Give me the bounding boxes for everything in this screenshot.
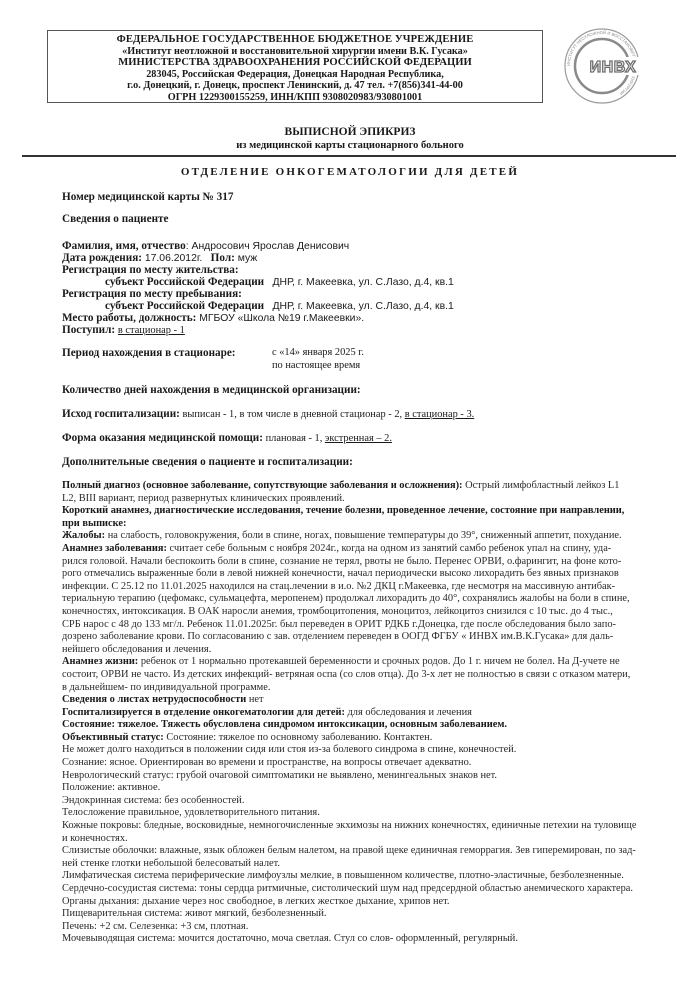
care-form-selected: экстренная – 2. [325, 433, 392, 444]
hospitalized-value: для обследования и лечения [345, 707, 472, 718]
dob-value: 17.06.2012г. [142, 253, 202, 264]
life-history-line: состоит, ОРВИ не часто. Из детских инфек… [62, 669, 692, 682]
exam-line: Кожные покровы: бледные, восковидные, не… [62, 820, 692, 833]
exam-line: Печень: +2 см. Селезенка: +3 см, плотная… [62, 921, 692, 934]
disease-history-line: рого отмечались выраженные боли в левой … [62, 568, 692, 581]
additional-info-title: Дополнительные сведения о пациенте и гос… [62, 456, 353, 468]
hospitalized-label: Госпитализируется в отделение онкогемато… [62, 707, 345, 718]
patient-dob-row: Дата рождения: 17.06.2012г. Пол: муж [62, 252, 257, 264]
period-label: Период нахождения в стационаре: [62, 347, 236, 359]
ministry-name: МИНИСТЕРСТВА ЗДРАВООХРАНЕНИЯ РОССИЙСКОЙ … [48, 57, 542, 69]
discharge-summary-page: ФЕДЕРАЛЬНОЕ ГОСУДАРСТВЕННОЕ БЮДЖЕТНОЕ УЧ… [0, 0, 700, 990]
exam-line: Сознание: ясное. Ориентирован во времени… [62, 757, 692, 770]
care-form-label: Форма оказания медицинской помощи: [62, 432, 263, 444]
sex-label: Пол: [211, 252, 235, 264]
reg-residence-label: Регистрация по месту жительства: [62, 264, 239, 276]
admitted-row: Поступил: в стационар - 1 [62, 324, 185, 336]
diagnosis-value-cont: L2, BIII вариант, период развернутых кли… [62, 493, 692, 506]
logo-text: ИНВХ [590, 59, 637, 76]
medical-card-number: Номер медицинской карты № 317 [62, 191, 233, 203]
outcome-selected: в стационар - 3. [405, 409, 475, 420]
exam-line: ней стенке глотки небольшой белесоватый … [62, 858, 692, 871]
department-title: ОТДЕЛЕНИЕ ОНКОГЕМАТОЛОГИИ ДЛЯ ДЕТЕЙ [0, 166, 700, 178]
admitted-value: в стационар - 1 [118, 325, 185, 336]
sex-value: муж [235, 253, 257, 264]
clinical-section: Полный диагноз (основное заболевание, со… [62, 480, 692, 946]
diagnosis-value: Острый лимфобластный лейкоз L1 [463, 480, 620, 491]
institution-type: ФЕДЕРАЛЬНОЕ ГОСУДАРСТВЕННОЕ БЮДЖЕТНОЕ УЧ… [48, 34, 542, 46]
dob-label: Дата рождения: [62, 252, 142, 264]
sick-leave-value: нет [246, 694, 263, 705]
complaints-value: на слабость, головокружения, боли в спин… [105, 530, 622, 541]
work-row: Место работы, должность: МГБОУ «Школа №1… [62, 312, 364, 324]
period-from: с «14» января 2025 г. [272, 347, 364, 358]
disease-history-line: териальную терапию (цефомакс, сульмацефт… [62, 593, 692, 606]
disease-history-line: рился головой. Начали беспокоить боли в … [62, 556, 692, 569]
disease-history-label: Анамнез заболевания: [62, 543, 167, 554]
disease-history-line: конечностях, интоксикация. В ОАК наросли… [62, 606, 692, 619]
patient-name-label: Фамилия, имя, отчество [62, 240, 186, 252]
reg-stay-subject-label: субъект Российской Федерации [105, 300, 264, 312]
care-form-value: плановая - 1, [263, 433, 325, 444]
institution-header: ФЕДЕРАЛЬНОЕ ГОСУДАРСТВЕННОЕ БЮДЖЕТНОЕ УЧ… [47, 30, 543, 103]
diagnosis-label: Полный диагноз (основное заболевание, со… [62, 480, 463, 491]
exam-line: Телосложение правильное, удовлетворитель… [62, 807, 692, 820]
work-label: Место работы, должность: [62, 312, 196, 324]
disease-history-line: считает себе больным с ноября 2024г., ко… [167, 543, 611, 554]
objective-status-value: Состояние: тяжелое по основному заболева… [164, 732, 433, 743]
care-form-row: Форма оказания медицинской помощи: плано… [62, 432, 392, 444]
institution-name: «Институт неотложной и восстановительной… [48, 46, 542, 58]
patient-name-row: Фамилия, имя, отчество: Андросович Яросл… [62, 240, 349, 252]
patient-name-value: : Андросович Ярослав Денисович [186, 241, 349, 252]
admitted-label: Поступил: [62, 324, 115, 336]
address-line-2: г.о. Донецкий, г. Донецк, проспект Ленин… [48, 80, 542, 92]
title-divider [22, 155, 676, 157]
exam-line: Неврологический статус: грубой очаговой … [62, 770, 692, 783]
anamnesis-title-cont: при выписке: [62, 518, 692, 531]
exam-line: Органы дыхания: дыхание через нос свобод… [62, 896, 692, 909]
disease-history-line: СРБ нарос с 48 до 133 мг/л. Ребенок 11.0… [62, 619, 692, 632]
disease-history-line: дозрено заболевание крови. По согласован… [62, 631, 692, 644]
exam-line: Не может долго находиться в положении си… [62, 744, 692, 757]
institution-logo-icon: ИНСТИТУТ НЕОТЛОЖНОЙ И ВОССТАНОВИТЕЛЬНОЙ … [563, 27, 641, 105]
exam-line: Пищеварительная система: живот мягкий, б… [62, 908, 692, 921]
address-line-1: 283045, Российская Федерация, Донецкая Н… [48, 69, 542, 81]
complaints-label: Жалобы: [62, 530, 105, 541]
exam-line: Слизистые оболочки: влажные, язык обложе… [62, 845, 692, 858]
document-subtitle: из медицинской карты стационарного больн… [0, 140, 700, 151]
disease-history-line: инфекции. С 25.12 по 11.01.2025 находилс… [62, 581, 692, 594]
registration-numbers: ОГРН 1229300155259, ИНН/КПП 9308020983/9… [48, 92, 542, 104]
reg-residence-subject-label: субъект Российской Федерации [105, 276, 264, 288]
outcome-label: Исход госпитализации: [62, 408, 180, 420]
disease-history-line: нейшего обследования и лечения. [62, 644, 692, 657]
anamnesis-title: Короткий анамнез, диагностические исслед… [62, 505, 692, 518]
reg-stay-row: субъект Российской Федерации ДНР, г. Мак… [105, 300, 454, 312]
exam-line: Сердечно-сосудистая система: тоны сердца… [62, 883, 692, 896]
reg-stay-label: Регистрация по месту пребывания: [62, 288, 242, 300]
life-history-line: в дальнейшем- по индивидуальной программ… [62, 682, 692, 695]
document-title: ВЫПИСНОЙ ЭПИКРИЗ [0, 126, 700, 138]
reg-stay-value: ДНР, г. Макеевка, ул. С.Лазо, д.4, кв.1 [272, 301, 453, 312]
work-value: МГБОУ «Школа №19 г.Макеевки». [196, 313, 364, 324]
exam-line: Лимфатическая система периферические лим… [62, 870, 692, 883]
outcome-value: выписан - 1, в том числе в дневной стаци… [180, 409, 405, 420]
days-label: Количество дней нахождения в медицинской… [62, 384, 361, 396]
objective-status-label: Объективный статус: [62, 732, 164, 743]
exam-line: Мочевыводящая система: мочится достаточн… [62, 933, 692, 946]
life-history-label: Анамнез жизни: [62, 656, 138, 667]
exam-line: Положение: активное. [62, 782, 692, 795]
exam-line: Эндокринная система: без особенностей. [62, 795, 692, 808]
reg-residence-row: субъект Российской Федерации ДНР, г. Мак… [105, 276, 454, 288]
reg-residence-value: ДНР, г. Макеевка, ул. С.Лазо, д.4, кв.1 [272, 277, 453, 288]
period-to: по настоящее время [272, 360, 360, 371]
exam-line: и конечностях. [62, 833, 692, 846]
patient-section-title: Сведения о пациенте [62, 213, 169, 225]
condition-statement: Состояние: тяжелое. Тяжесть обусловлена … [62, 719, 692, 732]
sick-leave-label: Сведения о листах нетрудоспособности [62, 694, 246, 705]
life-history-line: ребенок от 1 нормально протекавшей берем… [138, 656, 619, 667]
outcome-row: Исход госпитализации: выписан - 1, в том… [62, 408, 474, 420]
